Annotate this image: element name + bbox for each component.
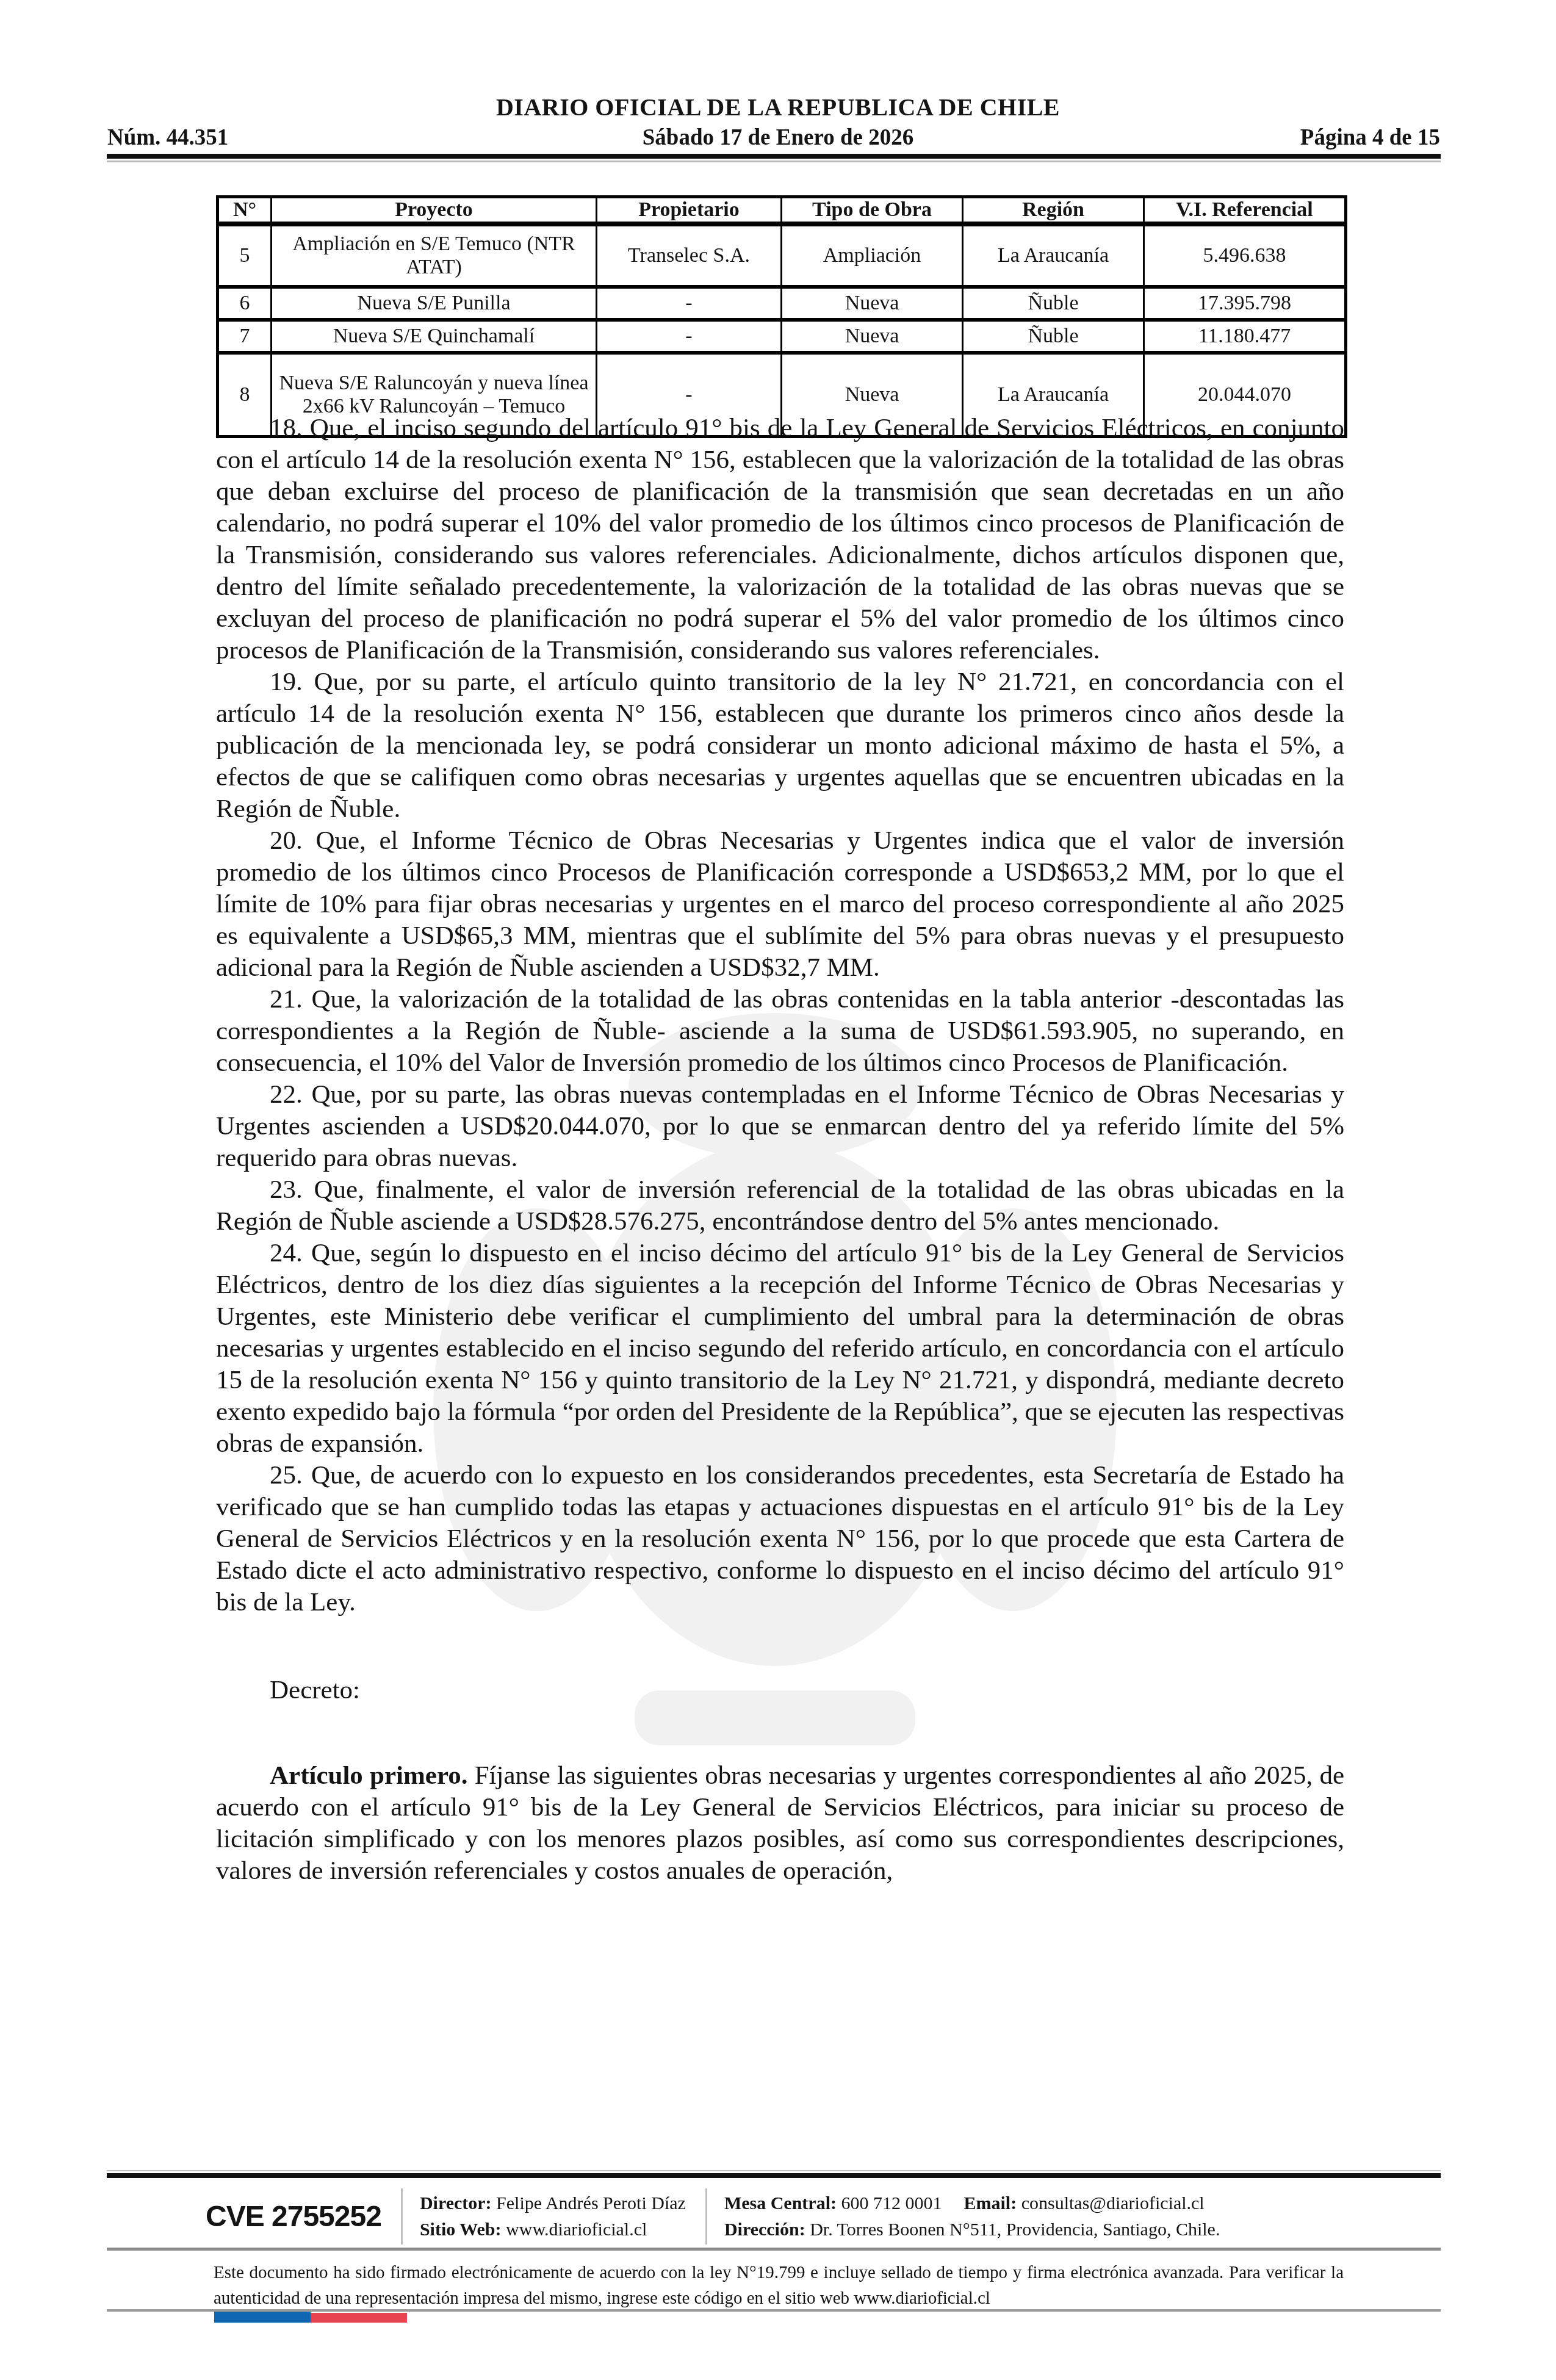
col-vi-referencial: V.I. Referencial: [1144, 197, 1346, 225]
cell-proyecto: Ampliación en S/E Temuco (NTR ATAT): [272, 224, 597, 287]
footer-contact-block: Mesa Central: 600 712 0001Email: consult…: [724, 2190, 1220, 2243]
cell-proyecto: Nueva S/E Quinchamalí: [272, 320, 597, 353]
flag-bar-red: [311, 2313, 407, 2323]
cell-region: La Araucanía: [963, 224, 1144, 287]
cell-vi: 11.180.477: [1144, 320, 1346, 353]
cve-code: CVE 2755252: [206, 2200, 381, 2234]
decreto-label: Decreto:: [216, 1675, 1344, 1706]
cell-tipo: Nueva: [782, 320, 963, 353]
electronic-signature-disclaimer: Este documento ha sido firmado electróni…: [214, 2260, 1344, 2311]
paragraph-23: 23. Que, finalmente, el valor de inversi…: [216, 1174, 1344, 1238]
mesa-central-label: Mesa Central:: [724, 2193, 837, 2213]
cell-n: 5: [218, 224, 272, 287]
col-proyecto: Proyecto: [272, 197, 597, 225]
paragraph-22: 22. Que, por su parte, las obras nuevas …: [216, 1079, 1344, 1174]
articulo-primero: Artículo primero. Fíjanse las siguientes…: [216, 1760, 1344, 1887]
table-header-row: N° Proyecto Propietario Tipo de Obra Reg…: [218, 197, 1346, 225]
table-row: 6 Nueva S/E Punilla - Nueva Ñuble 17.395…: [218, 287, 1346, 320]
footer-director-block: Director: Felipe Andrés Peroti Díaz Siti…: [420, 2190, 686, 2243]
cell-n: 7: [218, 320, 272, 353]
cell-propietario: -: [597, 320, 782, 353]
footer-divider: [705, 2188, 707, 2245]
direccion-value: Dr. Torres Boonen N°511, Providencia, Sa…: [810, 2220, 1220, 2240]
obras-table: N° Proyecto Propietario Tipo de Obra Reg…: [216, 195, 1347, 438]
footer-mid-rule: [107, 2248, 1441, 2251]
cell-tipo: Nueva: [782, 287, 963, 320]
email-address: consultas@diarioficial.cl: [1021, 2193, 1205, 2213]
table-row: 7 Nueva S/E Quinchamalí - Nueva Ñuble 11…: [218, 320, 1346, 353]
footer-rule-shadow: [107, 2170, 1441, 2171]
email-label: Email:: [964, 2193, 1017, 2213]
articulo-primero-label: Artículo primero.: [270, 1761, 467, 1790]
cell-region: Ñuble: [963, 287, 1144, 320]
cell-propietario: Transelec S.A.: [597, 224, 782, 287]
director-name: Felipe Andrés Peroti Díaz: [496, 2193, 686, 2213]
paragraph-24: 24. Que, según lo dispuesto en el inciso…: [216, 1238, 1344, 1460]
flag-bar-blue: [214, 2312, 311, 2323]
header-rule-shadow: [107, 160, 1441, 162]
paragraph-18: 18. Que, el inciso segundo del artículo …: [216, 413, 1344, 666]
director-label: Director:: [420, 2193, 492, 2213]
sitio-web-url: www.diarioficial.cl: [506, 2220, 647, 2240]
col-numero: N°: [218, 197, 272, 225]
cell-propietario: -: [597, 287, 782, 320]
cell-proyecto: Nueva S/E Punilla: [272, 287, 597, 320]
direccion-label: Dirección:: [724, 2220, 805, 2240]
cell-vi: 5.496.638: [1144, 224, 1346, 287]
gazette-page: DIARIO OFICIAL DE LA REPUBLICA DE CHILE …: [0, 0, 1556, 2380]
cell-tipo: Ampliación: [782, 224, 963, 287]
mesa-central-phone: 600 712 0001: [841, 2193, 942, 2213]
cell-n: 6: [218, 287, 272, 320]
header-row: Núm. 44.351 Sábado 17 de Enero de 2026 P…: [0, 124, 1556, 151]
paragraph-25: 25. Que, de acuerdo con lo expuesto en l…: [216, 1460, 1344, 1618]
masthead-title: DIARIO OFICIAL DE LA REPUBLICA DE CHILE: [0, 93, 1556, 121]
col-tipo-obra: Tipo de Obra: [782, 197, 963, 225]
header-rule: [107, 154, 1441, 159]
footer-divider: [401, 2188, 403, 2245]
page-indicator: Página 4 de 15: [1300, 124, 1440, 151]
col-propietario: Propietario: [597, 197, 782, 225]
cell-region: Ñuble: [963, 320, 1144, 353]
footer-rule: [107, 2173, 1441, 2178]
decree-body: 18. Que, el inciso segundo del artículo …: [216, 413, 1344, 1887]
footer-info-bar: CVE 2755252 Director: Felipe Andrés Pero…: [206, 2187, 1442, 2246]
cell-vi: 17.395.798: [1144, 287, 1346, 320]
paragraph-20: 20. Que, el Informe Técnico de Obras Nec…: [216, 825, 1344, 984]
sitio-web-label: Sitio Web:: [420, 2220, 502, 2240]
paragraph-21: 21. Que, la valorización de la totalidad…: [216, 984, 1344, 1079]
paragraph-19: 19. Que, por su parte, el artículo quint…: [216, 666, 1344, 825]
col-region: Región: [963, 197, 1144, 225]
table-row: 5 Ampliación en S/E Temuco (NTR ATAT) Tr…: [218, 224, 1346, 287]
